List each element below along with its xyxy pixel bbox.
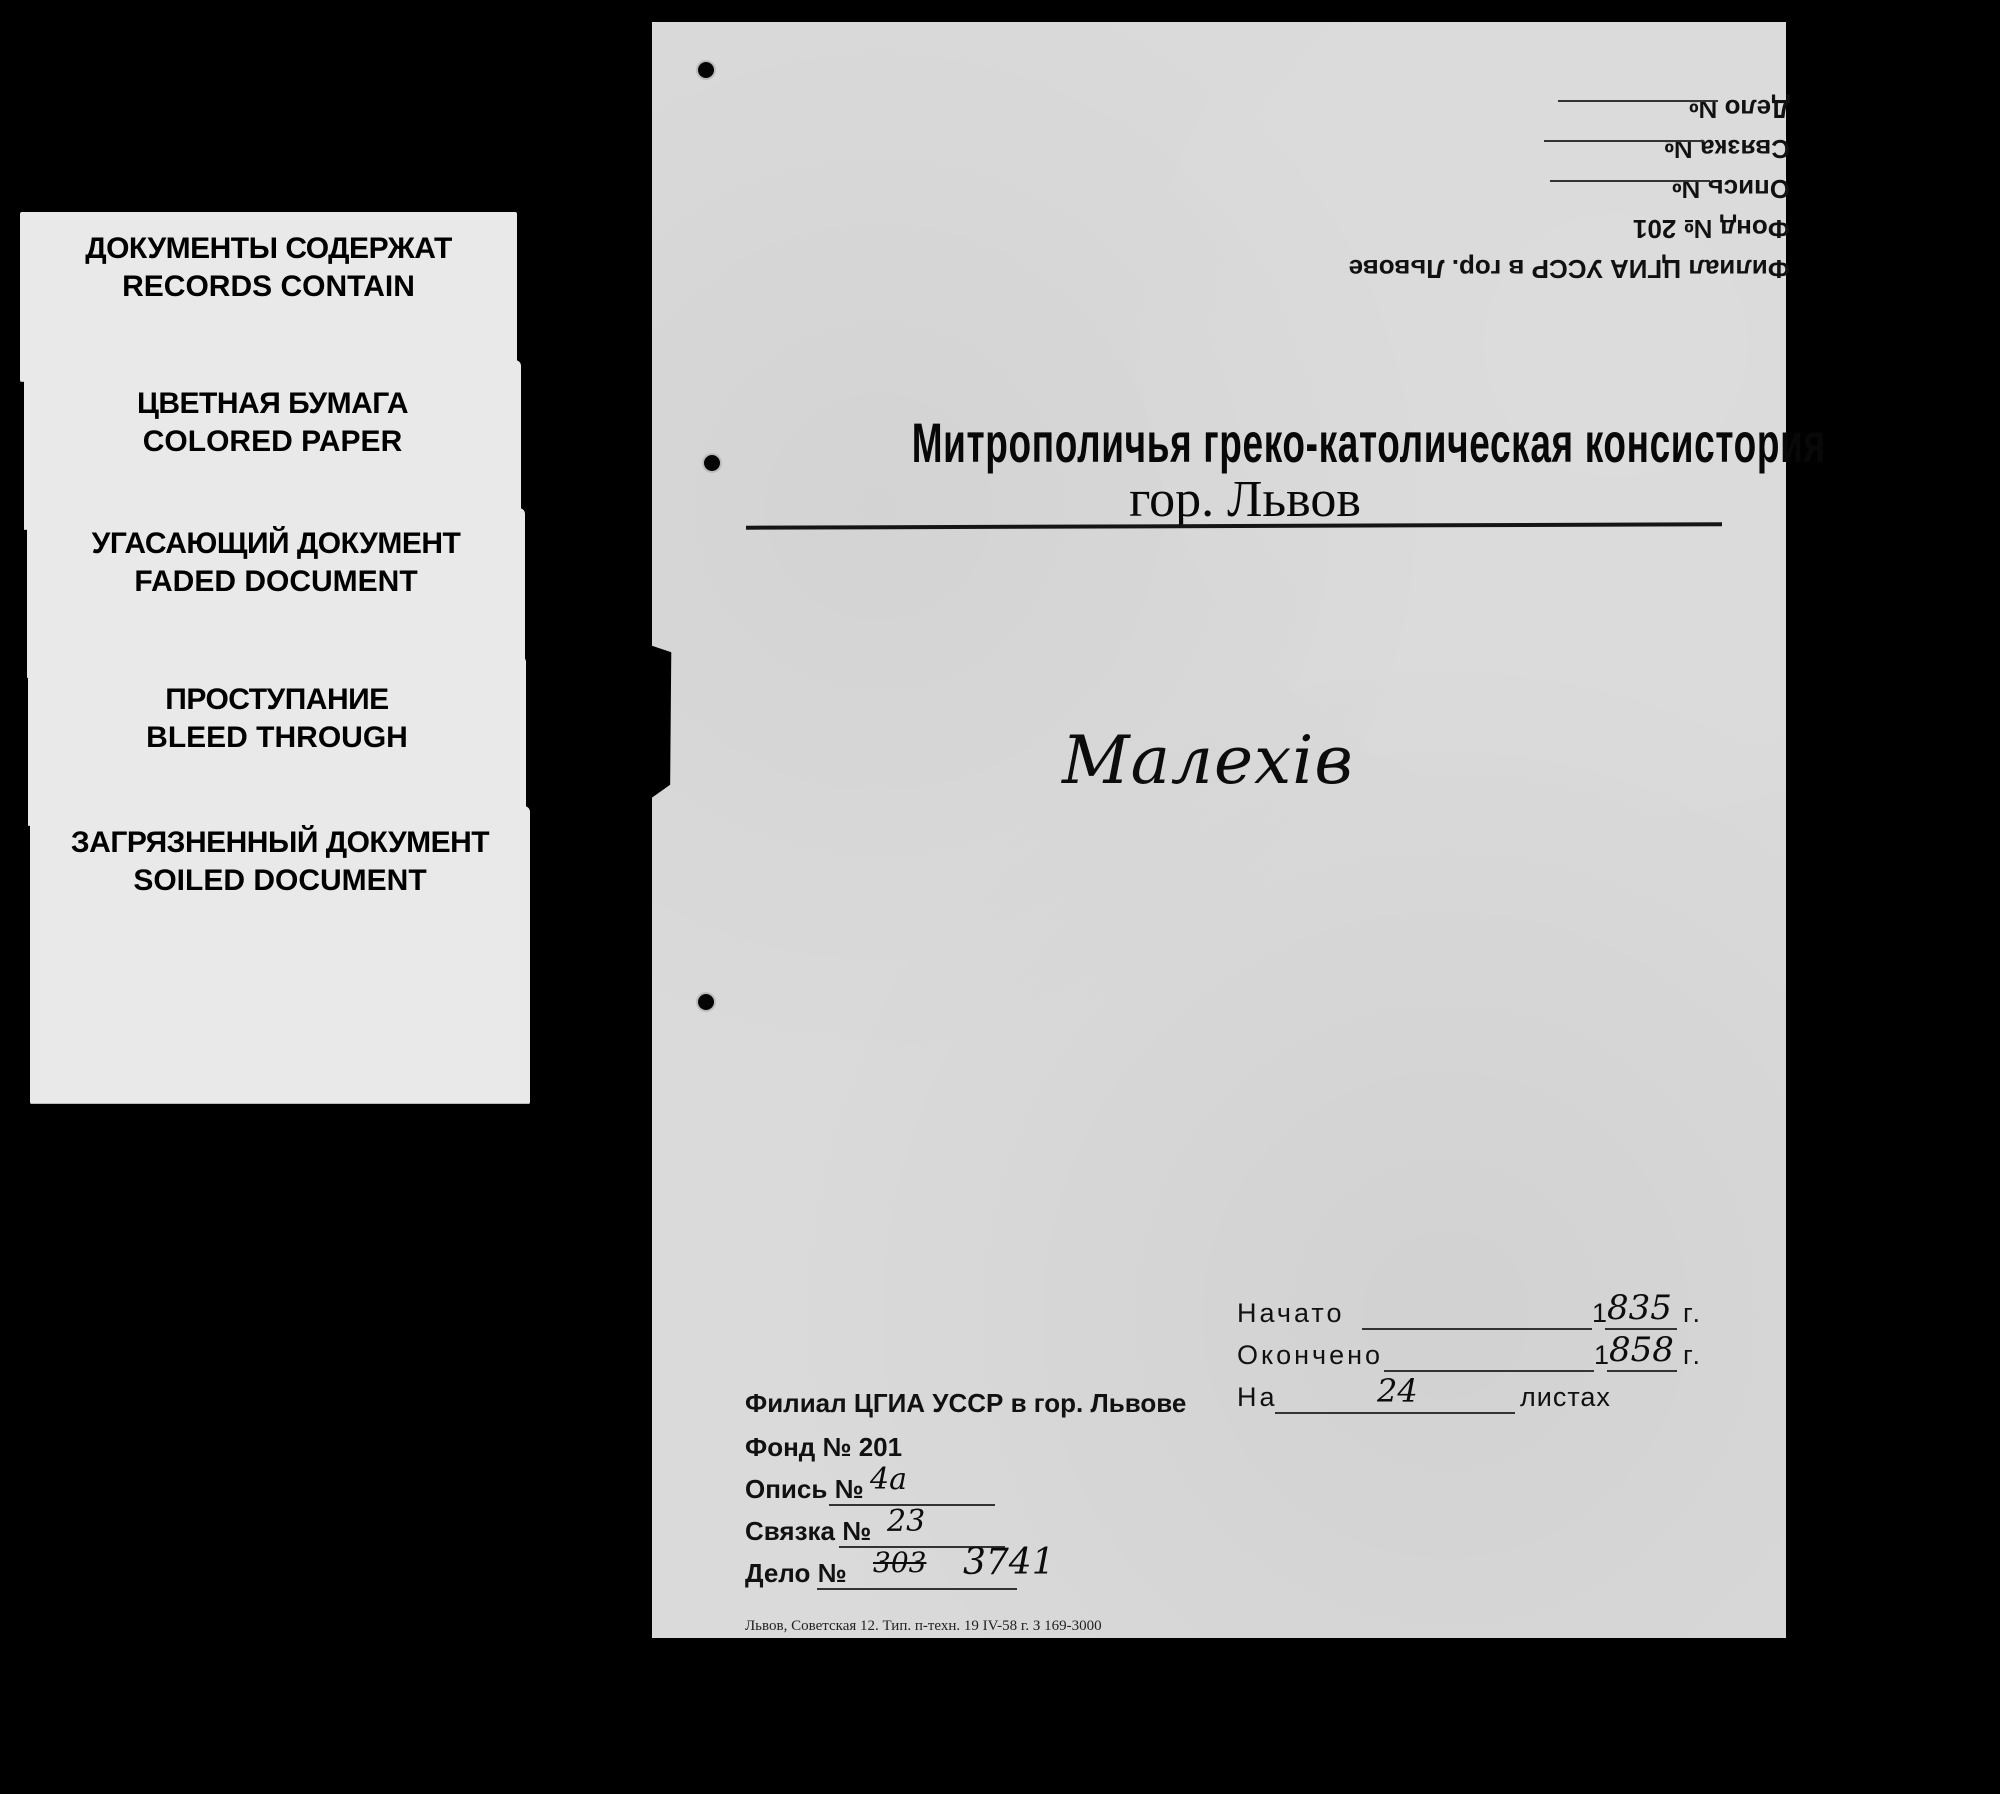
bottom-stamp-svyazka-value: 23 bbox=[887, 1504, 925, 1539]
card-label-ru: УГАСАЮЩИЙ ДОКУМЕНТ bbox=[27, 525, 525, 563]
started-rule bbox=[1362, 1328, 1592, 1330]
card-label-ru: ЗАГРЯЗНЕННЫЙ ДОКУМЕНТ bbox=[30, 824, 530, 862]
stamp-svyazka-line: Связка № bbox=[1450, 134, 1790, 164]
card-label-en: RECORDS CONTAIN bbox=[20, 268, 517, 306]
started-suffix: г. bbox=[1683, 1298, 1703, 1329]
printer-imprint: Львов, Советская 12. Тип. п-техн. 19 IV-… bbox=[745, 1618, 1102, 1635]
bottom-stamp-delo-crossed-value: 303 bbox=[873, 1546, 926, 1579]
started-row: Начато 1 835 г. bbox=[1237, 1298, 1737, 1329]
bottom-stamp-opis-value: 4а bbox=[870, 1462, 907, 1497]
punch-hole-icon bbox=[704, 455, 720, 471]
target-card-faded-document: УГАСАЮЩИЙ ДОКУМЕНТ FADED DOCUMENT bbox=[27, 508, 525, 678]
target-card-colored-paper: ЦВЕТНАЯ БУМАГА COLORED PAPER bbox=[24, 360, 521, 530]
target-card-records-contain: ДОКУМЕНТЫ СОДЕРЖАТ RECORDS CONTAIN bbox=[20, 212, 517, 382]
target-card-soiled-document: ЗАГРЯЗНЕННЫЙ ДОКУМЕНТ SOILED DOCUMENT bbox=[30, 806, 530, 1104]
card-label-en: BLEED THROUGH bbox=[28, 719, 526, 757]
target-card-bleed-through: ПРОСТУПАНИЕ BLEED THROUGH bbox=[28, 656, 526, 826]
stamp-svyazka-text: Связка № bbox=[1664, 134, 1790, 164]
ended-year-rule bbox=[1607, 1370, 1677, 1372]
sheets-rule bbox=[1275, 1412, 1515, 1414]
card-label-ru: ПРОСТУПАНИЕ bbox=[28, 681, 526, 719]
card-label-ru: ЦВЕТНАЯ БУМАГА bbox=[24, 385, 521, 423]
bottom-stamp-delo-label: Дело № bbox=[745, 1558, 847, 1588]
ended-row: Окончено 1 858 г. bbox=[1237, 1340, 1737, 1371]
ended-label: Окончено bbox=[1237, 1340, 1383, 1370]
card-label-ru: ДОКУМЕНТЫ СОДЕРЖАТ bbox=[20, 230, 517, 268]
stamp-opis-line: Опись № bbox=[1450, 174, 1790, 204]
card-label-en: FADED DOCUMENT bbox=[27, 563, 525, 601]
sheets-row: На 24 листах bbox=[1237, 1382, 1737, 1413]
card-label-en: COLORED PAPER bbox=[24, 423, 521, 461]
inverted-archive-stamp: Филиал ЦГИА УССР в гор. Львове Фонд № 20… bbox=[1390, 84, 1790, 284]
stamp-fond-text: Фонд № 201 bbox=[1633, 214, 1790, 244]
bottom-stamp-opis-label: Опись № bbox=[745, 1474, 864, 1504]
bottom-stamp-delo-value: 3741 bbox=[963, 1542, 1055, 1583]
bottom-stamp-delo: Дело № 303 3741 bbox=[745, 1558, 1065, 1592]
sheets-value: 24 bbox=[1377, 1372, 1418, 1410]
bottom-stamp-archive-text: Филиал ЦГИА УССР в гор. Львове bbox=[745, 1388, 1186, 1418]
punch-hole-icon bbox=[698, 62, 714, 78]
sheets-label: На bbox=[1237, 1382, 1278, 1412]
started-year-value: 835 bbox=[1607, 1288, 1672, 1328]
stamp-svyazka-rule bbox=[1544, 140, 1704, 142]
document-subtitle: гор. Львов bbox=[740, 470, 1750, 529]
stamp-archive-text: Филиал ЦГИА УССР в гор. Львове bbox=[1349, 254, 1790, 284]
stamp-fond-line: Фонд № 201 bbox=[1633, 214, 1790, 244]
document-title: Митрополичья греко-католическая консисто… bbox=[912, 410, 1579, 475]
stamp-delo-text: Дело № bbox=[1688, 94, 1790, 124]
bottom-stamp-archive: Филиал ЦГИА УССР в гор. Львове bbox=[745, 1388, 1186, 1422]
bottom-stamp-fond-text: Фонд № 201 bbox=[745, 1432, 902, 1462]
card-label-en: SOILED DOCUMENT bbox=[30, 862, 530, 900]
stamp-archive-line: Филиал ЦГИА УССР в гор. Львове bbox=[1349, 254, 1790, 284]
handwritten-village-name: Малехів bbox=[1062, 722, 1354, 799]
ended-suffix: г. bbox=[1683, 1340, 1703, 1371]
stamp-delo-rule bbox=[1558, 100, 1718, 102]
ended-year-value: 858 bbox=[1609, 1330, 1674, 1370]
stamp-opis-text: Опись № bbox=[1671, 174, 1790, 204]
stamp-opis-rule bbox=[1550, 180, 1710, 182]
bottom-stamp-fond: Фонд № 201 bbox=[745, 1432, 902, 1466]
bottom-stamp-opis: Опись № 4а bbox=[745, 1474, 1005, 1508]
sheets-suffix: листах bbox=[1520, 1382, 1611, 1413]
bottom-stamp-svyazka-label: Связка № bbox=[745, 1516, 871, 1546]
stamp-delo-line: Дело № bbox=[1450, 94, 1790, 124]
punch-hole-icon bbox=[698, 994, 714, 1010]
bottom-stamp-delo-rule bbox=[817, 1588, 1017, 1590]
started-label: Начато bbox=[1237, 1298, 1345, 1328]
